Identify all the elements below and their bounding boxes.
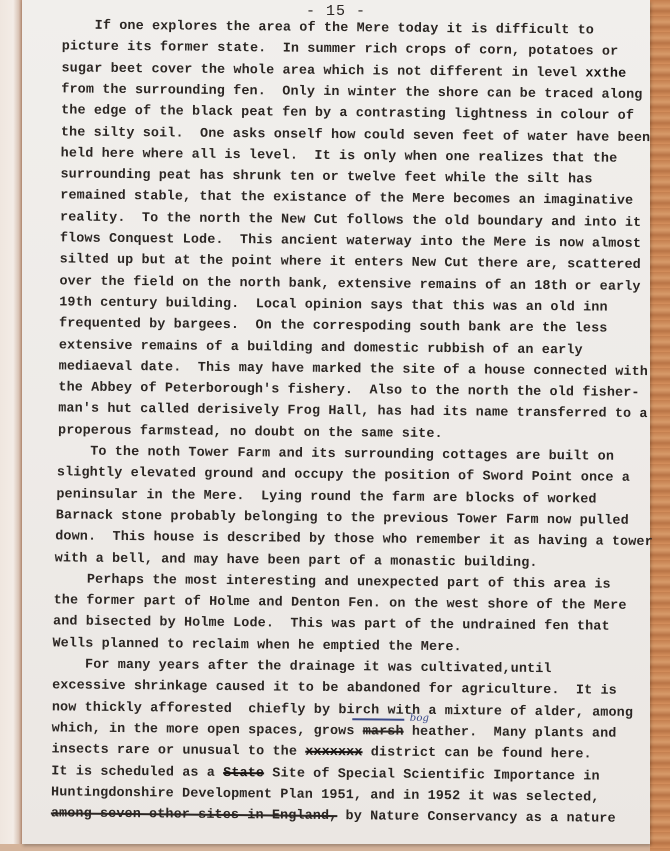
line-text: For many years after the drainage it was… bbox=[52, 657, 551, 677]
line-text: sugar beet cover the whole area which is… bbox=[61, 61, 585, 81]
line-text: Site of Special Scientific Importance in bbox=[264, 766, 600, 784]
line-text: frequented by bargees. On the correspodi… bbox=[59, 317, 608, 337]
text-line: excessive shrinkage caused it to be aban… bbox=[52, 679, 617, 699]
text-line: held here where all is level. It is only… bbox=[61, 146, 618, 166]
binding-fold bbox=[0, 0, 22, 851]
text-line: peninsular in the Mere. Lying round the … bbox=[56, 487, 596, 507]
text-line: remained stable, that the existance of t… bbox=[60, 189, 633, 209]
line-text: district can be found here. bbox=[362, 745, 591, 762]
line-text: the Abbey of Peterborough's fishery. Als… bbox=[58, 380, 639, 401]
line-text: picture its former state. In summer rich… bbox=[62, 40, 619, 60]
text-line: sugar beet cover the whole area which is… bbox=[61, 61, 626, 81]
text-line: man's hut called derisively Frog Hall, h… bbox=[58, 402, 647, 423]
line-text: the silty soil. One asks onself how coul… bbox=[61, 125, 650, 146]
line-text: which, in the more open spaces, grows bbox=[52, 721, 363, 739]
text-line: which, in the more open spaces, grows ma… bbox=[52, 721, 617, 741]
line-text: and bisected by Holme Lode. This was par… bbox=[53, 615, 610, 635]
text-line: from the surrounding fen. Only in winter… bbox=[61, 82, 642, 103]
text-line: To the noth Tower Farm and its surroundi… bbox=[57, 444, 614, 464]
text-line: Perhaps the most interesting and unexpec… bbox=[54, 572, 611, 592]
page-number: - 15 - bbox=[22, 3, 650, 20]
line-text: slightly elevated ground and occupy the … bbox=[57, 466, 630, 486]
line-text: flows Conquest Lode. This ancient waterw… bbox=[60, 231, 641, 252]
line-text: down. This house is described by those w… bbox=[55, 530, 653, 551]
text-line: Barnack stone probably belonging to the … bbox=[56, 508, 629, 528]
text-line: silted up but at the point where it ente… bbox=[60, 253, 641, 274]
text-line: flows Conquest Lode. This ancient waterw… bbox=[60, 231, 641, 252]
overtyped-text: xxthe bbox=[585, 66, 626, 81]
handwritten-insertion: bog bbox=[410, 713, 429, 724]
line-text: silted up but at the point where it ente… bbox=[60, 253, 641, 274]
line-text: with a bell, and may have been part of a… bbox=[55, 551, 538, 571]
text-line: among seven other sites in England, by N… bbox=[51, 806, 616, 826]
text-line: Huntingdonshire Development Plan 1951, a… bbox=[51, 785, 600, 805]
text-line: surrounding peat has shrunk ten or twelv… bbox=[60, 167, 592, 187]
line-text: To the noth Tower Farm and its surroundi… bbox=[57, 444, 614, 464]
line-text: excessive shrinkage caused it to be aban… bbox=[52, 679, 617, 699]
line-text: held here where all is level. It is only… bbox=[61, 146, 618, 166]
page-edge-shadow bbox=[0, 844, 650, 851]
text-line: For many years after the drainage it was… bbox=[52, 657, 551, 677]
line-text: Perhaps the most interesting and unexpec… bbox=[54, 572, 611, 592]
line-text: peninsular in the Mere. Lying round the … bbox=[56, 487, 596, 507]
text-line: 19th century building. Local opinion say… bbox=[59, 295, 608, 315]
typewritten-page: - 15 - If one explores the area of the M… bbox=[22, 0, 650, 844]
line-text: the edge of the black peat fen by a cont… bbox=[61, 104, 634, 124]
line-text: over the field on the north bank, extens… bbox=[59, 274, 640, 295]
line-text: surrounding peat has shrunk ten or twelv… bbox=[60, 167, 592, 187]
text-line: the silty soil. One asks onself how coul… bbox=[61, 125, 650, 146]
text-line: the edge of the black peat fen by a cont… bbox=[61, 104, 634, 124]
line-text: from the surrounding fen. Only in winter… bbox=[61, 82, 642, 103]
line-text: now thickly afforested chiefly by birch … bbox=[52, 700, 633, 721]
text-line: insects rare or unusual to the xxxxxxx d… bbox=[51, 743, 591, 763]
text-line: the Abbey of Peterborough's fishery. Als… bbox=[58, 380, 639, 401]
text-line: If one explores the area of the Mere tod… bbox=[62, 18, 594, 38]
text-line: It is scheduled as a State Site of Speci… bbox=[51, 764, 600, 784]
line-text: extensive remains of a building and dome… bbox=[59, 338, 583, 358]
text-line: frequented by bargees. On the correspodi… bbox=[59, 317, 608, 337]
text-line: the former part of Holme and Denton Fen.… bbox=[54, 593, 627, 613]
text-line: mediaeval date. This may have marked the… bbox=[59, 359, 648, 380]
text-line: with a bell, and may have been part of a… bbox=[55, 551, 538, 571]
line-text: If one explores the area of the Mere tod… bbox=[62, 18, 594, 38]
line-text: mediaeval date. This may have marked the… bbox=[59, 359, 648, 380]
struck-word: xxxxxxx bbox=[305, 745, 362, 761]
line-text: It is scheduled as a bbox=[51, 764, 223, 781]
line-text: Barnack stone probably belonging to the … bbox=[56, 508, 629, 528]
handwritten-strikeout bbox=[352, 718, 404, 720]
line-text: Huntingdonshire Development Plan 1951, a… bbox=[51, 785, 600, 805]
text-line: extensive remains of a building and dome… bbox=[59, 338, 583, 358]
line-text: properous farmstead, no doubt on the sam… bbox=[58, 423, 443, 442]
text-line: now thickly afforested chiefly by birch … bbox=[52, 700, 633, 721]
line-text: by Nature Conservancy as a nature bbox=[337, 809, 615, 827]
text-line: reality. To the north the New Cut follow… bbox=[60, 210, 641, 231]
text-line: over the field on the north bank, extens… bbox=[59, 274, 640, 295]
struck-word: State bbox=[223, 765, 264, 780]
line-text: Wells planned to reclaim when he emptied… bbox=[52, 636, 461, 655]
struck-phrase: among seven other sites in England, bbox=[51, 806, 338, 824]
line-text: heather. Many plants and bbox=[404, 725, 617, 742]
text-line: down. This house is described by those w… bbox=[55, 530, 653, 551]
text-line: Wells planned to reclaim when he emptied… bbox=[52, 636, 461, 655]
text-line: properous farmstead, no doubt on the sam… bbox=[58, 423, 443, 442]
line-text: man's hut called derisively Frog Hall, h… bbox=[58, 402, 647, 423]
line-text: the former part of Holme and Denton Fen.… bbox=[54, 593, 627, 613]
line-text: 19th century building. Local opinion say… bbox=[59, 295, 608, 315]
wooden-table-surface bbox=[650, 0, 670, 851]
text-line: and bisected by Holme Lode. This was par… bbox=[53, 615, 610, 635]
line-text: remained stable, that the existance of t… bbox=[60, 189, 633, 209]
line-text: reality. To the north the New Cut follow… bbox=[60, 210, 641, 231]
struck-word: marsh bbox=[363, 724, 404, 739]
line-text: insects rare or unusual to the bbox=[51, 743, 305, 760]
text-line: picture its former state. In summer rich… bbox=[62, 40, 619, 60]
text-line: slightly elevated ground and occupy the … bbox=[57, 466, 630, 486]
